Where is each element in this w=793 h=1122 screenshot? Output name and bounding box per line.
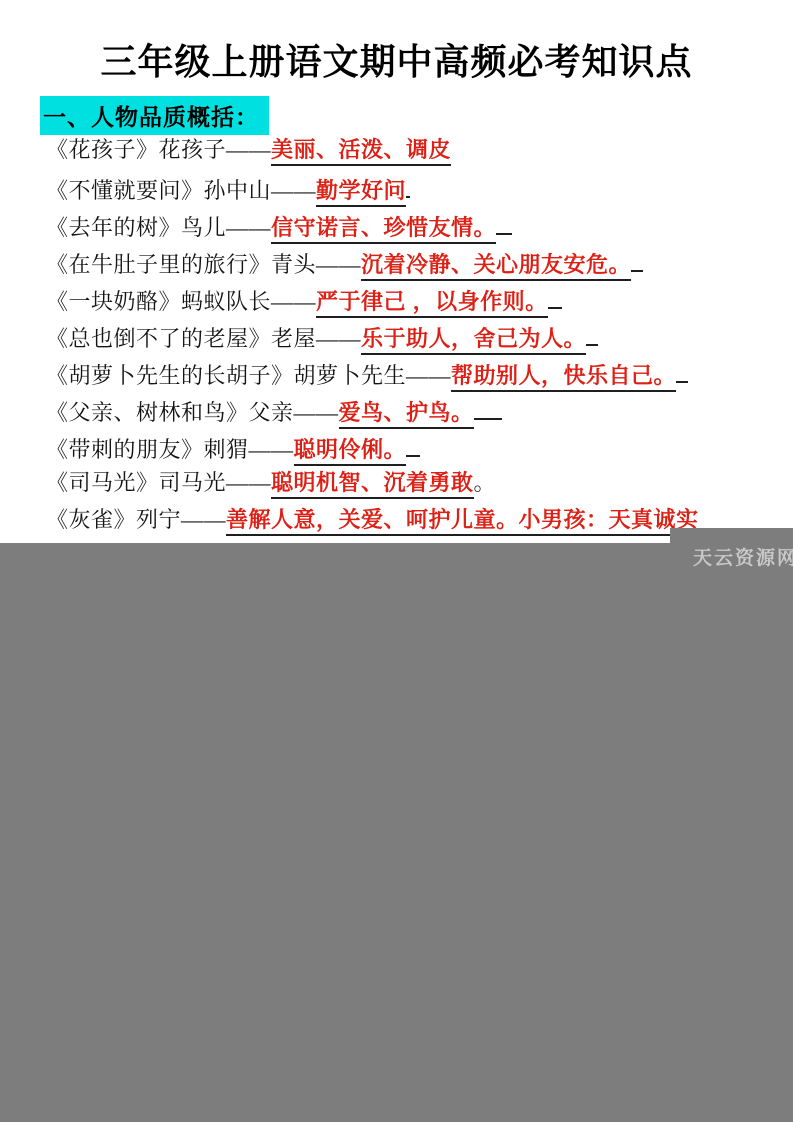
knowledge-list: 《花孩子》花孩子——美丽、活泼、调皮《不懂就要问》孙中山——勤学好问《去年的树》…	[46, 133, 783, 540]
trailing-underline	[548, 281, 562, 309]
trailing-underline	[586, 318, 598, 346]
line-book-and-character: 《去年的树》鸟儿——	[46, 215, 271, 240]
line-trait-text: 聪明伶俐。	[294, 437, 407, 466]
knowledge-line: 《不懂就要问》孙中山——勤学好问	[46, 170, 783, 207]
knowledge-line: 《总也倒不了的老屋》老屋——乐于助人，舍己为人。	[46, 318, 783, 355]
watermark-text: 天云资源网	[693, 543, 793, 570]
line-suffix: 。	[474, 470, 497, 495]
trailing-underline	[631, 244, 643, 272]
knowledge-line: 《司马光》司马光——聪明机智、沉着勇敢。	[46, 466, 783, 503]
line-trait-text: 爱鸟、护鸟。	[339, 400, 474, 429]
knowledge-line: 《在牛肚子里的旅行》青头——沉着冷静、关心朋友安危。	[46, 244, 783, 281]
section-heading: 一、人物品质概括：	[40, 96, 269, 135]
trailing-underline	[474, 392, 502, 420]
line-trait-text: 帮助别人，快乐自己。	[451, 363, 676, 392]
knowledge-line: 《父亲、树林和鸟》父亲——爱鸟、护鸟。	[46, 392, 783, 429]
line-book-and-character: 《父亲、树林和鸟》父亲——	[46, 400, 339, 425]
knowledge-line: 《一块奶酪》蚂蚁队长——严于律己 ，以身作则。	[46, 281, 783, 318]
line-book-and-character: 《一块奶酪》蚂蚁队长——	[46, 289, 316, 314]
trailing-underline	[496, 207, 512, 235]
line-book-and-character: 《司马光》司马光——	[46, 470, 271, 495]
line-trait-text: 沉着冷静、关心朋友安危。	[361, 252, 631, 281]
knowledge-line: 《带刺的朋友》刺猬——聪明伶俐。	[46, 429, 783, 466]
line-book-and-character: 《胡萝卜先生的长胡子》胡萝卜先生——	[46, 363, 451, 388]
knowledge-line: 《胡萝卜先生的长胡子》胡萝卜先生——帮助别人，快乐自己。	[46, 355, 783, 392]
line-book-and-character: 《不懂就要问》孙中山——	[46, 178, 316, 203]
document-page: 三年级上册语文期中高频必考知识点 一、人物品质概括： 《花孩子》花孩子——美丽、…	[0, 0, 793, 1122]
trailing-underline	[406, 170, 410, 198]
gray-overlay-block	[0, 543, 793, 1122]
line-book-and-character: 《花孩子》花孩子——	[46, 137, 271, 162]
knowledge-line: 《花孩子》花孩子——美丽、活泼、调皮	[46, 133, 783, 170]
line-book-and-character: 《总也倒不了的老屋》老屋——	[46, 326, 361, 351]
page-title: 三年级上册语文期中高频必考知识点	[0, 34, 793, 85]
line-trait-text: 信守诺言、珍惜友情。	[271, 215, 496, 244]
line-trait-text: 乐于助人，舍己为人。	[361, 326, 586, 355]
line-trait-text: 美丽、活泼、调皮	[271, 137, 451, 166]
line-book-and-character: 《在牛肚子里的旅行》青头——	[46, 252, 361, 277]
gray-overlay-notch	[670, 528, 793, 544]
trailing-underline	[406, 429, 420, 457]
line-trait-text: 勤学好问	[316, 178, 406, 207]
line-book-and-character: 《带刺的朋友》刺猬——	[46, 437, 294, 462]
line-trait-text: 聪明机智、沉着勇敢	[271, 470, 474, 499]
line-trait-text: 善解人意，关爱、呵护儿童。小男孩：天真诚实	[226, 507, 699, 536]
line-trait-text: 严于律己 ，以身作则。	[316, 289, 548, 318]
line-book-and-character: 《灰雀》列宁——	[46, 507, 226, 532]
knowledge-line: 《去年的树》鸟儿——信守诺言、珍惜友情。	[46, 207, 783, 244]
trailing-underline	[676, 355, 688, 383]
